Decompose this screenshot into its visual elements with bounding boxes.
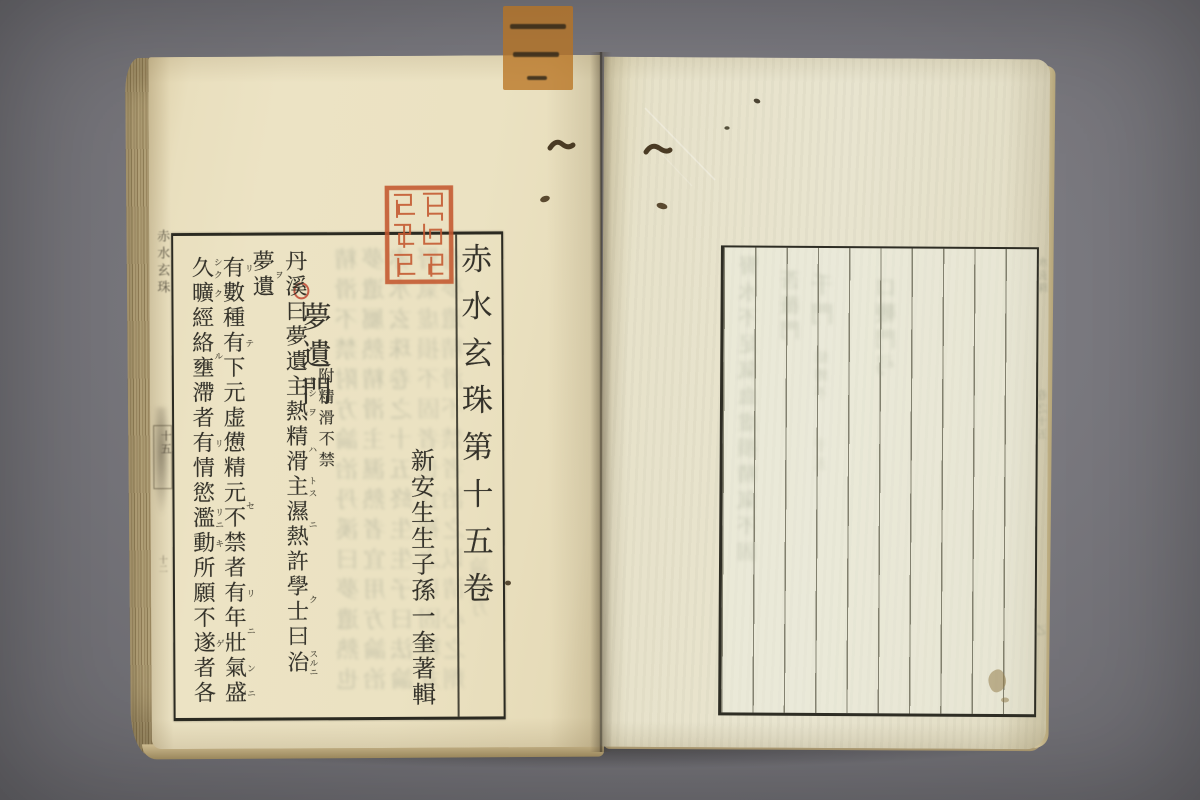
showthrough-text: 千門 [807, 273, 840, 331]
showthrough-text: 口鞭門弓 [871, 276, 902, 380]
fold-smudge: 乙 [1034, 624, 1047, 637]
showthrough-text: 精滑不禁附方論治丹溪曰夢遺熱也 [331, 247, 366, 697]
author-line: 新安生生子孫一奎著輯 [402, 448, 438, 708]
fold-handwritten-note: 十二 [157, 555, 170, 573]
left-page-frame: 精滑不禁附方論治丹溪曰夢遺熱也 夢遺屬熱精滑主濕熱者宜用方論治 赤水玄珠卷之十五… [171, 231, 506, 721]
showthrough-text: 結縛不 [813, 350, 833, 404]
stamp-text-mark [513, 52, 559, 57]
kanbun-column: 久シク曠ク經絡壅滯ル者有リ情慾濫リニ動キ所願不遂ゲ者各 [186, 256, 225, 706]
volume-title: 赤水玄珠第十五卷 [451, 242, 498, 618]
centerfold-strip: 赤水玄珠 十五 十二 [149, 57, 175, 749]
showthrough-text: 于五 [813, 438, 833, 474]
fold-smudge: 水玄珠 [1036, 256, 1049, 295]
showthrough-text: 腎水不足氣血虚損精氣不固 [734, 255, 765, 567]
fold-volume-text: 十五 [157, 430, 173, 456]
book-gutter [590, 52, 612, 752]
photo-backdrop: 赤水玄珠 十五 十二 精滑不禁附方論治丹溪曰夢遺熱也 夢遺屬熱精滑主濕熱者宜用方… [0, 0, 1200, 800]
fold-smudge: 卷之十五 [1035, 389, 1048, 441]
red-seal [384, 185, 455, 285]
showthrough-text: 夢遺屬熱精滑主濕熱者宜用方論治 [358, 247, 393, 697]
kanbun-column: 丹溪曰夢遺ハ主トシ熱ヲ精滑ハ主トス濕熱ニ許學士曰ク治スルニ夢遺ヲ [247, 249, 318, 717]
fold-volume-box: 十五 [153, 425, 172, 489]
fold-title-text: 赤水玄珠 [153, 229, 172, 297]
showthrough-text: 莟薇門 [777, 270, 806, 345]
library-stamp [503, 6, 573, 90]
stamp-text-mark [510, 24, 566, 29]
stamp-text-mark [527, 76, 547, 80]
right-page-frame: 腎水不足氣血虚損精氣不固 莟薇門 千門 結縛不 于五 口鞭門弓 [718, 245, 1039, 717]
left-page: 赤水玄珠 十五 十二 精滑不禁附方論治丹溪曰夢遺熱也 夢遺屬熱精滑主濕熱者宜用方… [148, 55, 604, 749]
right-page: 腎水不足氣血虚損精氣不固 莟薇門 千門 結縛不 于五 口鞭門弓 水玄珠 卷之十五… [600, 57, 1050, 750]
